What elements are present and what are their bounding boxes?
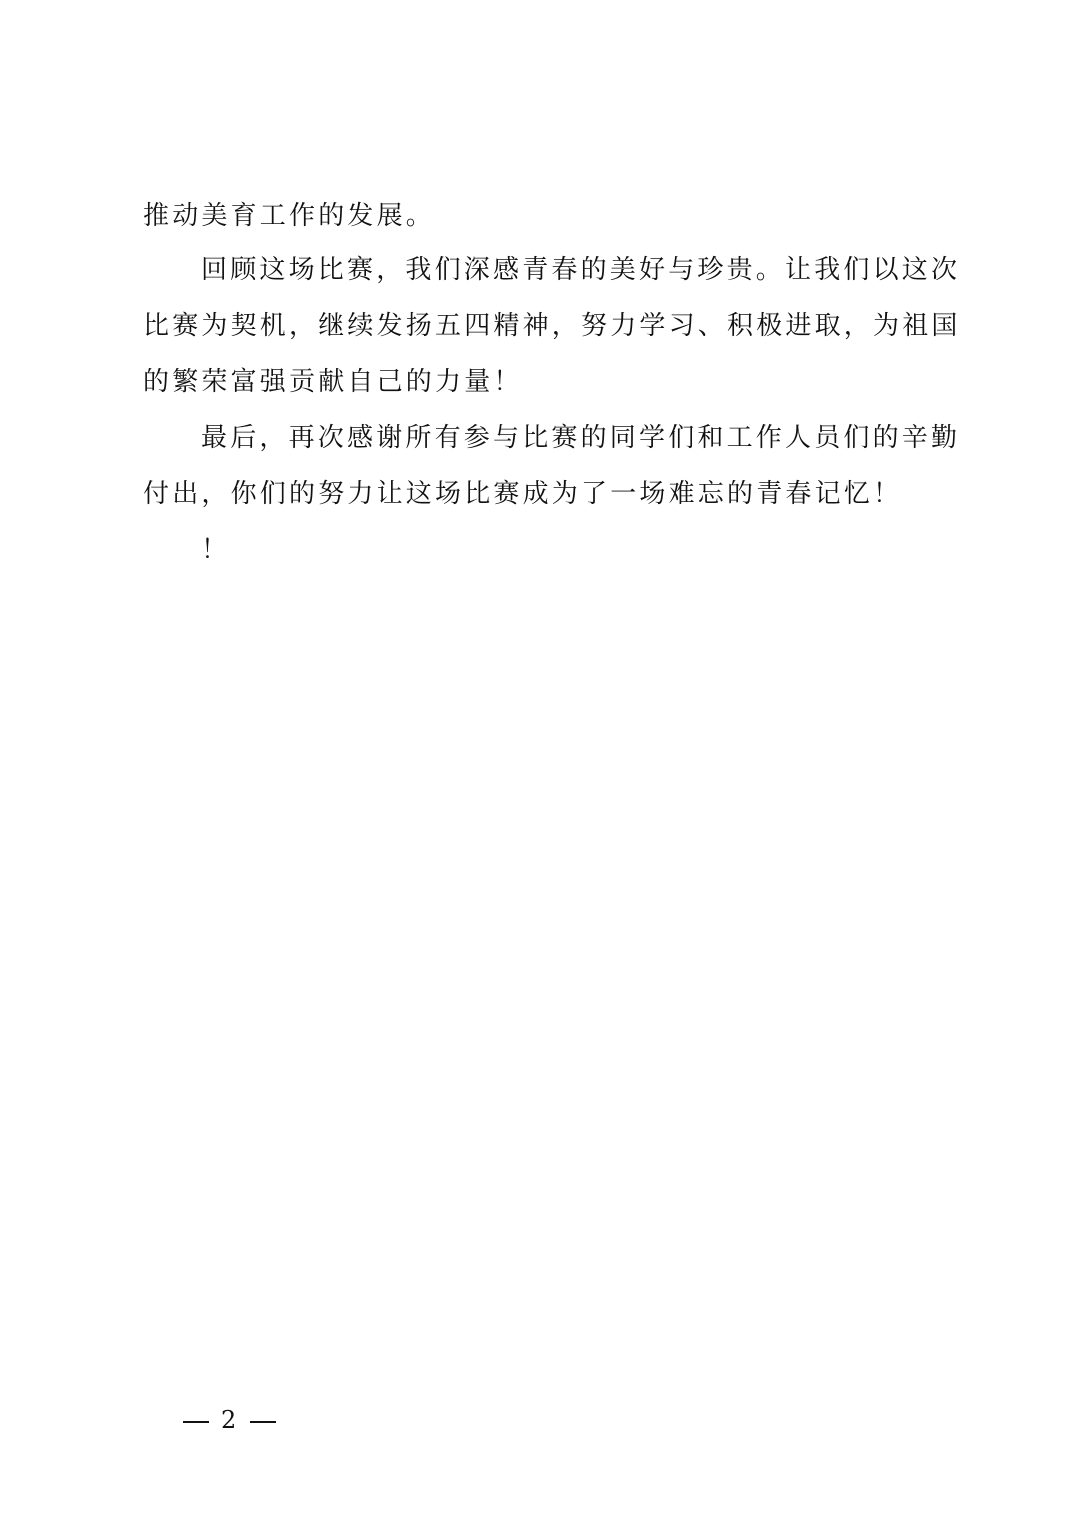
dash-left [183, 1421, 209, 1423]
paragraph-line: ！ [201, 530, 230, 570]
document-page: 推动美育工作的发展。 回顾这场比赛，我们深感青春的美好与珍贵。让我们以这次 比赛… [0, 0, 1080, 1527]
paragraph-line: 推动美育工作的发展。 [143, 196, 435, 236]
page-number-value: 2 [221, 1406, 238, 1434]
paragraph-line: 回顾这场比赛，我们深感青春的美好与珍贵。让我们以这次 [201, 250, 960, 290]
dash-right [250, 1421, 276, 1423]
paragraph-line: 付出，你们的努力让这场比赛成为了一场难忘的青春记忆！ [143, 474, 902, 514]
page-number: 2 [183, 1404, 276, 1436]
paragraph-line: 比赛为契机，继续发扬五四精神，努力学习、积极进取，为祖国 [143, 306, 961, 346]
paragraph-line: 的繁荣富强贡献自己的力量！ [143, 362, 523, 402]
paragraph-line: 最后，再次感谢所有参与比赛的同学们和工作人员们的辛勤 [201, 418, 960, 458]
